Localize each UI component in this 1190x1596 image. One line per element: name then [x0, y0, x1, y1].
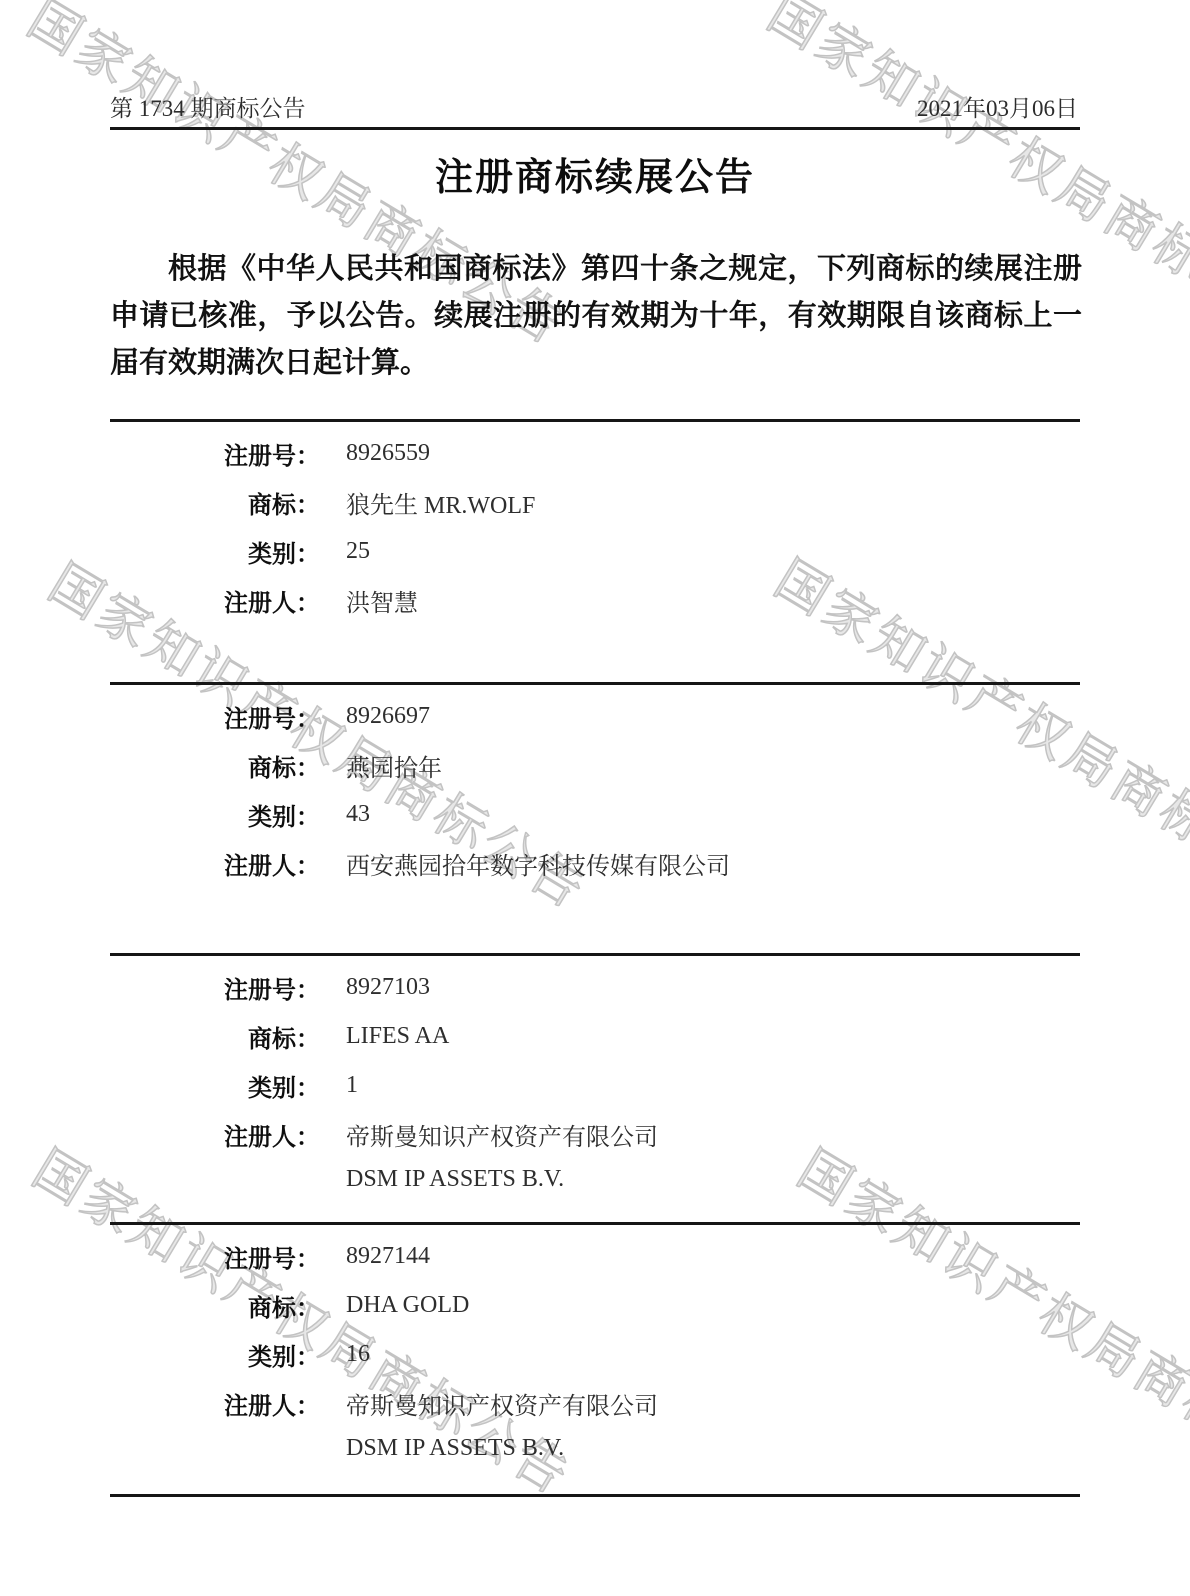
- trademark-value: 狼先生 MR.WOLF: [346, 485, 535, 520]
- registrant-en-value: DSM IP ASSETS B.V.: [346, 1435, 564, 1462]
- field-row-trademark: 商标： 燕园拾年: [110, 741, 1080, 790]
- class-label: 类别：: [110, 1068, 320, 1103]
- reg-no-value: 8926697: [346, 703, 430, 730]
- gazette-issue-label: 第 1734 期商标公告: [110, 90, 306, 123]
- registrant-en-value: DSM IP ASSETS B.V.: [346, 1166, 564, 1193]
- field-row-trademark: 商标： LIFES AA: [110, 1012, 1080, 1061]
- registrant-value: 帝斯曼知识产权资产有限公司: [346, 1386, 658, 1421]
- trademark-entry: 注册号： 8927103 商标： LIFES AA 类别： 1 注册人： 帝斯曼…: [110, 953, 1080, 1200]
- class-label: 类别：: [110, 797, 320, 832]
- trademark-value: LIFES AA: [346, 1023, 449, 1050]
- reg-no-label: 注册号：: [110, 699, 320, 734]
- intro-paragraph: 根据《中华人民共和国商标法》第四十条之规定，下列商标的续展注册申请已核准，予以公…: [110, 246, 1082, 387]
- field-row-class: 类别： 1: [110, 1061, 1080, 1110]
- field-row-reg-no: 注册号： 8927144: [110, 1232, 1080, 1281]
- reg-no-value: 8927103: [346, 974, 430, 1001]
- trademark-entry: 注册号： 8926697 商标： 燕园拾年 类别： 43 注册人： 西安燕园拾年…: [110, 682, 1080, 888]
- field-row-registrant: 注册人： 帝斯曼知识产权资产有限公司: [110, 1379, 1080, 1428]
- trademark-label: 商标：: [110, 748, 320, 783]
- reg-no-label: 注册号：: [110, 436, 320, 471]
- bottom-divider: [110, 1494, 1080, 1497]
- field-row-reg-no: 注册号： 8926697: [110, 692, 1080, 741]
- trademark-label: 商标：: [110, 485, 320, 520]
- registrant-label: 注册人：: [110, 1117, 320, 1152]
- field-row-class: 类别： 25: [110, 527, 1080, 576]
- class-value: 16: [346, 1341, 370, 1368]
- field-row-registrant: 注册人： 帝斯曼知识产权资产有限公司: [110, 1110, 1080, 1159]
- trademark-label: 商标：: [110, 1288, 320, 1323]
- registrant-value: 西安燕园拾年数字科技传媒有限公司: [346, 846, 730, 881]
- gazette-date: 2021年03月06日: [917, 90, 1078, 123]
- registrant-label: 注册人：: [110, 846, 320, 881]
- field-row-registrant: 注册人： 西安燕园拾年数字科技传媒有限公司: [110, 839, 1080, 888]
- class-value: 25: [346, 538, 370, 565]
- registrant-label: 注册人：: [110, 1386, 320, 1421]
- field-row-registrant-en: DSM IP ASSETS B.V.: [110, 1159, 1080, 1200]
- registrant-value: 洪智慧: [346, 583, 418, 618]
- page-content: 第 1734 期商标公告 2021年03月06日 注册商标续展公告 根据《中华人…: [0, 0, 1190, 1596]
- field-row-trademark: 商标： 狼先生 MR.WOLF: [110, 478, 1080, 527]
- reg-no-value: 8926559: [346, 440, 430, 467]
- class-label: 类别：: [110, 1337, 320, 1372]
- field-row-registrant: 注册人： 洪智慧: [110, 576, 1080, 625]
- class-value: 43: [346, 801, 370, 828]
- registrant-value: 帝斯曼知识产权资产有限公司: [346, 1117, 658, 1152]
- reg-no-label: 注册号：: [110, 970, 320, 1005]
- reg-no-label: 注册号：: [110, 1239, 320, 1274]
- gazette-page: 国家知识产权局商标公告 国家知识产权局商标公告 国家知识产权局商标公告 国家知识…: [0, 0, 1190, 1596]
- field-row-reg-no: 注册号： 8927103: [110, 963, 1080, 1012]
- class-label: 类别：: [110, 534, 320, 569]
- reg-no-value: 8927144: [346, 1243, 430, 1270]
- trademark-label: 商标：: [110, 1019, 320, 1054]
- page-title: 注册商标续展公告: [0, 146, 1190, 201]
- field-row-registrant-en: DSM IP ASSETS B.V.: [110, 1428, 1080, 1469]
- trademark-entry: 注册号： 8926559 商标： 狼先生 MR.WOLF 类别： 25 注册人：…: [110, 419, 1080, 625]
- registrant-label: 注册人：: [110, 583, 320, 618]
- trademark-entry: 注册号： 8927144 商标： DHA GOLD 类别： 16 注册人： 帝斯…: [110, 1222, 1080, 1469]
- field-row-trademark: 商标： DHA GOLD: [110, 1281, 1080, 1330]
- header-divider: [110, 127, 1080, 130]
- field-row-class: 类别： 43: [110, 790, 1080, 839]
- class-value: 1: [346, 1072, 358, 1099]
- field-row-reg-no: 注册号： 8926559: [110, 429, 1080, 478]
- trademark-value: 燕园拾年: [346, 748, 442, 783]
- trademark-value: DHA GOLD: [346, 1292, 469, 1319]
- field-row-class: 类别： 16: [110, 1330, 1080, 1379]
